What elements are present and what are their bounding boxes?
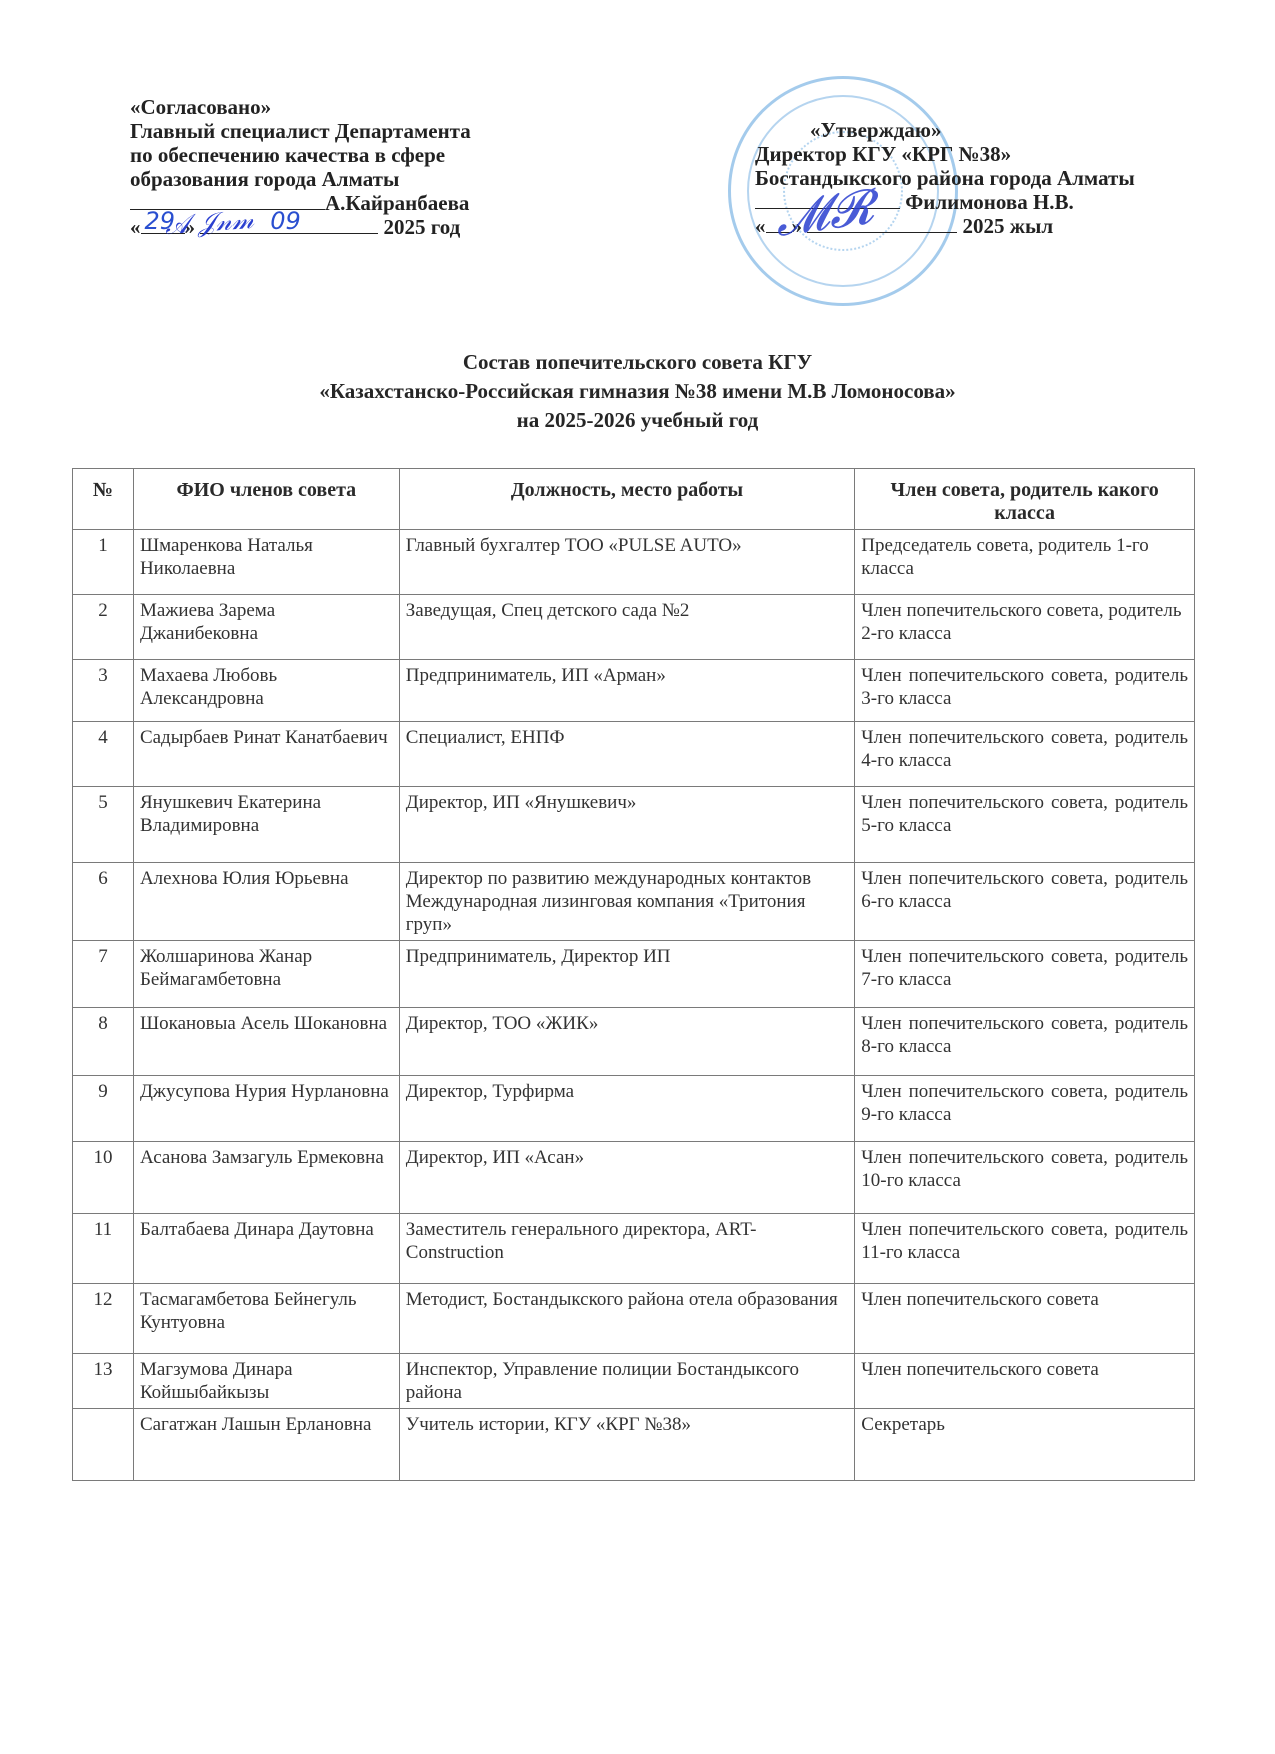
member-name: Асанова Замзагуль Ермековна <box>133 1142 399 1214</box>
member-position: Директор по развитию международных конта… <box>399 863 855 941</box>
row-number: 5 <box>73 787 134 863</box>
row-number: 13 <box>73 1354 134 1409</box>
title-line-2: «Казахстанско-Российская гимназия №38 им… <box>0 377 1275 406</box>
member-position: Директор, ИП «Янушкевич» <box>399 787 855 863</box>
agreed-signer-name: А.Кайранбаева <box>325 191 469 215</box>
member-council-role: Член попечительского совета <box>855 1284 1195 1354</box>
table-row: Сагатжан Лашын ЕрлановнаУчитель истории,… <box>73 1409 1195 1481</box>
member-position: Специалист, ЕНПФ <box>399 722 855 787</box>
table-row: 9Джусупова Нурия НурлановнаДиректор, Тур… <box>73 1076 1195 1142</box>
member-name: Алехнова Юлия Юрьевна <box>133 863 399 941</box>
title-line-1: Состав попечительского совета КГУ <box>0 348 1275 377</box>
member-council-role: Член попечительского совета <box>855 1354 1195 1409</box>
header-number: № <box>73 469 134 530</box>
table-row: 12Тасмагамбетова Бейнегуль КунтуовнаМето… <box>73 1284 1195 1354</box>
member-position: Директор, Турфирма <box>399 1076 855 1142</box>
member-name: Тасмагамбетова Бейнегуль Кунтуовна <box>133 1284 399 1354</box>
row-number: 1 <box>73 530 134 595</box>
agreed-year: 2025 год <box>384 215 461 239</box>
member-name: Шокановыа Асель Шокановна <box>133 1008 399 1076</box>
row-number: 12 <box>73 1284 134 1354</box>
member-name: Шмаренкова Наталья Николаевна <box>133 530 399 595</box>
member-name: Махаева Любовь Александровна <box>133 660 399 722</box>
member-position: Директор, ИП «Асан» <box>399 1142 855 1214</box>
table-row: 13Магзумова Динара КойшыбайкызыИнспектор… <box>73 1354 1195 1409</box>
member-council-role: Член попечительского совета, родитель 2-… <box>855 595 1195 660</box>
member-name: Янушкевич Екатерина Владимировна <box>133 787 399 863</box>
member-name: Садырбаев Ринат Канатбаевич <box>133 722 399 787</box>
handwritten-signature-icon: 𝒜 𝒥𝓃𝓂 <box>164 205 255 242</box>
approved-signer-name: Филимонова Н.В. <box>905 190 1074 214</box>
member-name: Мажиева Зарема Джанибековна <box>133 595 399 660</box>
member-council-role: Член попечительского совета, родитель 9-… <box>855 1076 1195 1142</box>
approved-label: «Утверждаю» <box>755 118 1255 142</box>
header-council-role: Член совета, родитель какого класса <box>855 469 1195 530</box>
row-number: 7 <box>73 941 134 1008</box>
member-council-role: Член попечительского совета, родитель 8-… <box>855 1008 1195 1076</box>
member-council-role: Член попечительского совета, родитель 3-… <box>855 660 1195 722</box>
member-position: Главный бухгалтер ТОО «PULSE AUTO» <box>399 530 855 595</box>
table-row: 7Жолшаринова Жанар БеймагамбетовнаПредпр… <box>73 941 1195 1008</box>
header-full-name: ФИО членов совета <box>133 469 399 530</box>
table-header-row: № ФИО членов совета Должность, место раб… <box>73 469 1195 530</box>
row-number: 10 <box>73 1142 134 1214</box>
table-row: 1Шмаренкова Наталья НиколаевнаГлавный бу… <box>73 530 1195 595</box>
member-council-role: Член попечительского совета, родитель 7-… <box>855 941 1195 1008</box>
title-line-3: на 2025-2026 учебный год <box>0 406 1275 435</box>
member-council-role: Член попечительского совета, родитель 5-… <box>855 787 1195 863</box>
member-position: Заместитель генерального директора, ART-… <box>399 1214 855 1284</box>
council-members-table: № ФИО членов совета Должность, место раб… <box>72 468 1195 1481</box>
member-name: Джусупова Нурия Нурлановна <box>133 1076 399 1142</box>
member-position: Инспектор, Управление полиции Бостандыкс… <box>399 1354 855 1409</box>
member-council-role: Председатель совета, родитель 1-го класс… <box>855 530 1195 595</box>
member-council-role: Член попечительского совета, родитель 6-… <box>855 863 1195 941</box>
row-number: 4 <box>73 722 134 787</box>
row-number: 11 <box>73 1214 134 1284</box>
date-month-handwritten: 09 <box>270 209 301 233</box>
member-name: Жолшаринова Жанар Беймагамбетовна <box>133 941 399 1008</box>
row-number: 2 <box>73 595 134 660</box>
table-row: 11Балтабаева Динара Даутовна Заместитель… <box>73 1214 1195 1284</box>
member-position: Учитель истории, КГУ «КРГ №38» <box>399 1409 855 1481</box>
member-council-role: Секретарь <box>855 1409 1195 1481</box>
row-number: 9 <box>73 1076 134 1142</box>
member-council-role: Член попечительского совета, родитель 10… <box>855 1142 1195 1214</box>
agreed-line-3: образования города Алматы <box>130 167 570 191</box>
table-row: 10Асанова Замзагуль Ермековна Директор, … <box>73 1142 1195 1214</box>
member-position: Директор, ТОО «ЖИК» <box>399 1008 855 1076</box>
member-position: Предприниматель, Директор ИП <box>399 941 855 1008</box>
member-name: Сагатжан Лашын Ерлановна <box>133 1409 399 1481</box>
agreed-line-2: по обеспечению качества в сфере <box>130 143 570 167</box>
member-council-role: Член попечительского совета, родитель 11… <box>855 1214 1195 1284</box>
table-row: 3Махаева Любовь АлександровнаПредпринима… <box>73 660 1195 722</box>
table-row: 2Мажиева Зарема ДжанибековнаЗаведущая, С… <box>73 595 1195 660</box>
member-name: Балтабаева Динара Даутовна <box>133 1214 399 1284</box>
member-name: Магзумова Динара Койшыбайкызы <box>133 1354 399 1409</box>
row-number: 3 <box>73 660 134 722</box>
member-position: Предприниматель, ИП «Арман» <box>399 660 855 722</box>
member-council-role: Член попечительского совета, родитель 4-… <box>855 722 1195 787</box>
table-row: 8Шокановыа Асель ШокановнаДиректор, ТОО … <box>73 1008 1195 1076</box>
approved-year: 2025 жыл <box>963 214 1054 238</box>
header-position: Должность, место работы <box>399 469 855 530</box>
agreed-label: «Согласовано» <box>130 95 570 119</box>
approved-line-1: Директор КГУ «КРГ №38» <box>755 142 1255 166</box>
document-title: Состав попечительского совета КГУ «Казах… <box>0 348 1275 435</box>
row-number: 8 <box>73 1008 134 1076</box>
table-row: 6Алехнова Юлия Юрьевна Директор по разви… <box>73 863 1195 941</box>
table-row: 5Янушкевич Екатерина ВладимировнаДиректо… <box>73 787 1195 863</box>
row-number <box>73 1409 134 1481</box>
member-position: Методист, Бостандыкского района отела об… <box>399 1284 855 1354</box>
member-position: Заведущая, Спец детского сада №2 <box>399 595 855 660</box>
row-number: 6 <box>73 863 134 941</box>
agreed-line-1: Главный специалист Департамента <box>130 119 570 143</box>
table-row: 4Садырбаев Ринат КанатбаевичСпециалист, … <box>73 722 1195 787</box>
